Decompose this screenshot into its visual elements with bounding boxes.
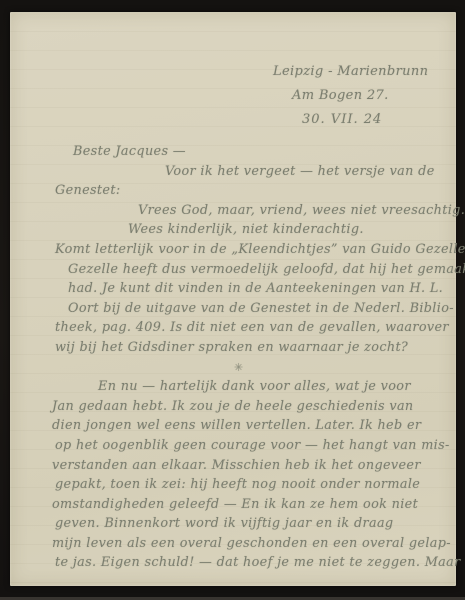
header-place: Leipzig - Marienbrunn (273, 60, 428, 84)
letter-line: Komt letterlijk voor in de „Kleendichtje… (55, 240, 456, 260)
letter-line: Voor ik het vergeet — het versje van de (165, 162, 456, 182)
header-date: 30. VII. 24 (302, 108, 428, 132)
letter-line: gepakt, toen ik zei: hij heeft nog nooit… (55, 475, 456, 495)
letter-line: Jan gedaan hebt. Ik zou je de heele gesc… (52, 397, 456, 417)
verse-line: Vrees God, maar, vriend, wees niet vrees… (138, 201, 456, 221)
letter-line: Oort bij de uitgave van de Genestet in d… (68, 299, 456, 319)
letter-line: dien jongen wel eens willen vertellen. L… (52, 416, 456, 436)
header-street: Am Bogen 27. (292, 84, 428, 108)
verse-line: Wees kinderlijk, niet kinderachtig. (128, 220, 456, 240)
letter-line: En nu — hartelijk dank voor alles, wat j… (98, 377, 456, 397)
letter-line: geven. Binnenkort word ik vijftig jaar e… (55, 514, 456, 534)
section-divider-star-icon: ✳ (234, 358, 456, 378)
letter-body: Beste Jacques — Voor ik het vergeet — he… (52, 142, 456, 573)
letter-line: op het oogenblik geen courage voor — het… (55, 436, 456, 456)
letter-line: theek, pag. 409. Is dit niet een van de … (55, 318, 456, 338)
greeting-line: Beste Jacques — (73, 142, 456, 162)
letter-line: verstanden aan elkaar. Misschien heb ik … (52, 456, 456, 476)
letter-line: Gezelle heeft dus vermoedelijk geloofd, … (68, 260, 456, 280)
letter-line: Genestet: (55, 181, 456, 201)
letter-line: te jas. Eigen schuld! — dat hoef je me n… (55, 553, 456, 573)
letter-photo: Leipzig - Marienbrunn Am Bogen 27. 30. V… (0, 0, 465, 600)
letter-line: mijn leven als een overal geschonden en … (52, 534, 456, 554)
letter-header: Leipzig - Marienbrunn Am Bogen 27. 30. V… (273, 60, 428, 132)
letter-line: wij bij het Gidsdiner spraken en waarnaa… (55, 338, 456, 358)
letter-line: omstandigheden geleefd — En ik kan ze he… (52, 495, 456, 515)
letter-paper: Leipzig - Marienbrunn Am Bogen 27. 30. V… (10, 12, 456, 586)
letter-line: had. Je kunt dit vinden in de Aanteekeni… (68, 279, 456, 299)
